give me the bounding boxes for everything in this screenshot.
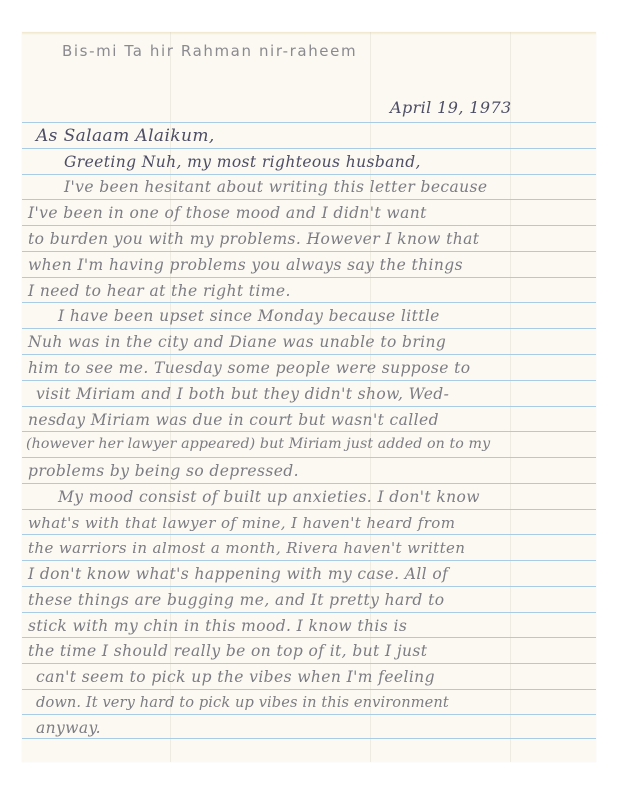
letter-line: I need to hear at the right time. <box>28 282 291 300</box>
ruled-line <box>22 560 596 561</box>
ruled-line <box>22 354 596 355</box>
letter-line: to burden you with my problems. However … <box>28 230 479 248</box>
ruled-line <box>22 328 596 329</box>
letter-line: the warriors in almost a month, Rivera h… <box>28 539 465 557</box>
letter-line: I have been upset since Monday because l… <box>58 307 440 325</box>
ruled-line <box>22 380 596 381</box>
letter-line: Greeting Nuh, my most righteous husband, <box>64 153 421 171</box>
letter-line: the time I should really be on top of it… <box>28 642 427 660</box>
letter-page: Bis-mi Ta hir Rahman nir-raheem April 19… <box>22 32 596 762</box>
letter-line: him to see me. Tuesday some people were … <box>28 359 470 377</box>
ruled-line <box>22 199 596 200</box>
ruled-line <box>22 148 596 149</box>
ruled-line <box>22 738 596 739</box>
letter-line: I've been hesitant about writing this le… <box>64 178 487 196</box>
ruled-line <box>22 251 596 252</box>
letter-line: what's with that lawyer of mine, I haven… <box>28 514 455 532</box>
letter-salutation: As Salaam Alaikum, <box>36 126 215 146</box>
ruled-line <box>22 663 596 664</box>
ruled-line <box>22 277 596 278</box>
ruled-line <box>22 689 596 690</box>
letter-line: I've been in one of those mood and I did… <box>28 204 427 222</box>
ruled-line <box>22 406 596 407</box>
letter-line: My mood consist of built up anxieties. I… <box>58 488 480 506</box>
ruled-line <box>22 637 596 638</box>
ruled-line <box>22 483 596 484</box>
letter-date: April 19, 1973 <box>390 98 512 117</box>
ruled-line <box>22 509 596 510</box>
letter-line: when I'm having problems you always say … <box>28 256 463 274</box>
ruled-line <box>22 225 596 226</box>
ruled-line <box>22 534 596 535</box>
ruled-line <box>22 174 596 175</box>
ruled-line <box>22 612 596 613</box>
letter-line: Nuh was in the city and Diane was unable… <box>28 333 446 351</box>
ruled-line <box>22 302 596 303</box>
letter-line: I don't know what's happening with my ca… <box>28 565 448 583</box>
letter-line: these things are bugging me, and It pret… <box>28 591 444 609</box>
ruled-line <box>22 586 596 587</box>
letter-header: Bis-mi Ta hir Rahman nir-raheem <box>62 42 357 60</box>
letter-line: can't seem to pick up the vibes when I'm… <box>36 668 435 686</box>
letter-line: anyway. <box>36 719 101 737</box>
letter-line: nesday Miriam was due in court but wasn'… <box>28 411 439 429</box>
letter-line: down. It very hard to pick up vibes in t… <box>36 694 449 711</box>
letter-line: stick with my chin in this mood. I know … <box>28 617 407 635</box>
ruled-line <box>22 714 596 715</box>
letter-line: visit Miriam and I both but they didn't … <box>36 385 449 403</box>
letter-line: problems by being so depressed. <box>28 462 299 480</box>
ruled-line <box>22 122 596 123</box>
letter-line: (however her lawyer appeared) but Miriam… <box>26 436 490 452</box>
ruled-line <box>22 457 596 458</box>
ruled-line <box>22 431 596 432</box>
paper-fold <box>510 32 511 762</box>
